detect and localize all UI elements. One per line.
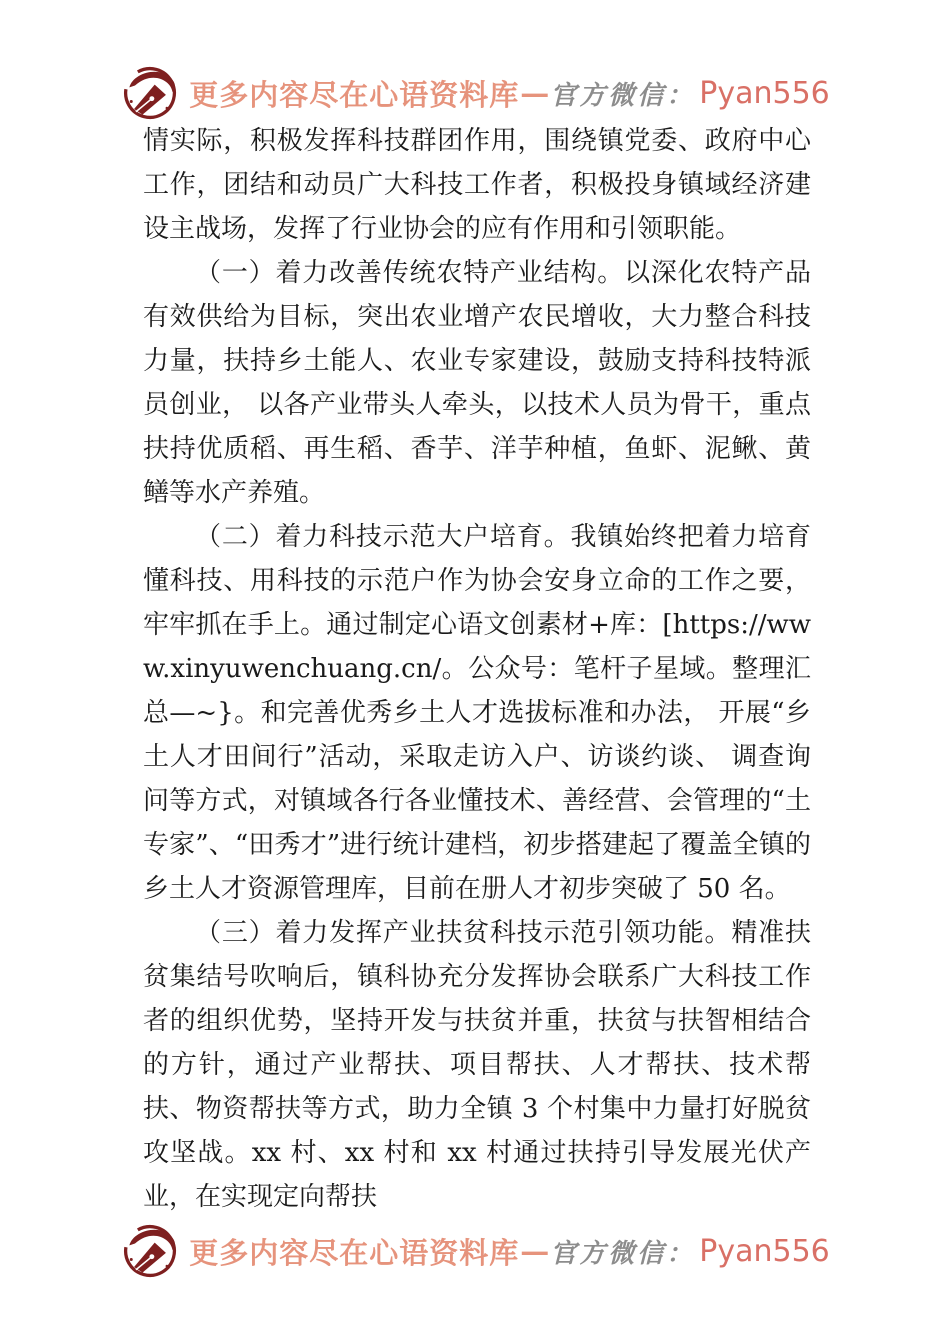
pen-circle-logo-icon xyxy=(120,63,180,123)
paragraph-continuation: 情实际，积极发挥科技群团作用，围绕镇党委、政府中心工作，团结和动员广大科技工作者… xyxy=(143,119,811,251)
document-page: 更多内容尽在心语资料库 — 官方微信： Pyan556 情实际，积极发挥科技群团… xyxy=(0,0,950,1344)
watermark-separator: — xyxy=(520,1234,549,1268)
header-watermark: 更多内容尽在心语资料库 — 官方微信： Pyan556 xyxy=(0,63,950,123)
document-body: 情实际，积极发挥科技群团作用，围绕镇党委、政府中心工作，团结和动员广大科技工作者… xyxy=(143,119,811,1219)
paragraph-section-2: （二）着力科技示范大户培育。我镇始终把着力培育懂科技、用科技的示范户作为协会安身… xyxy=(143,515,811,911)
watermark-brand-text: 更多内容尽在心语资料库 xyxy=(189,1231,519,1272)
footer-watermark: 更多内容尽在心语资料库 — 官方微信： Pyan556 xyxy=(0,1221,950,1281)
watermark-separator: — xyxy=(520,76,549,110)
paragraph-section-3: （三）着力发挥产业扶贫科技示范引领功能。精准扶贫集结号吹响后，镇科协充分发挥协会… xyxy=(143,911,811,1219)
wechat-id: Pyan556 xyxy=(699,76,830,111)
paragraph-section-1: （一）着力改善传统农特产业结构。以深化农特产品有效供给为目标，突出农业增产农民增… xyxy=(143,251,811,515)
wechat-id: Pyan556 xyxy=(699,1234,830,1269)
watermark-brand-text: 更多内容尽在心语资料库 xyxy=(189,73,519,114)
pen-circle-logo-icon xyxy=(120,1221,180,1281)
wechat-label: 官方微信： xyxy=(550,75,695,112)
wechat-label: 官方微信： xyxy=(550,1233,695,1270)
